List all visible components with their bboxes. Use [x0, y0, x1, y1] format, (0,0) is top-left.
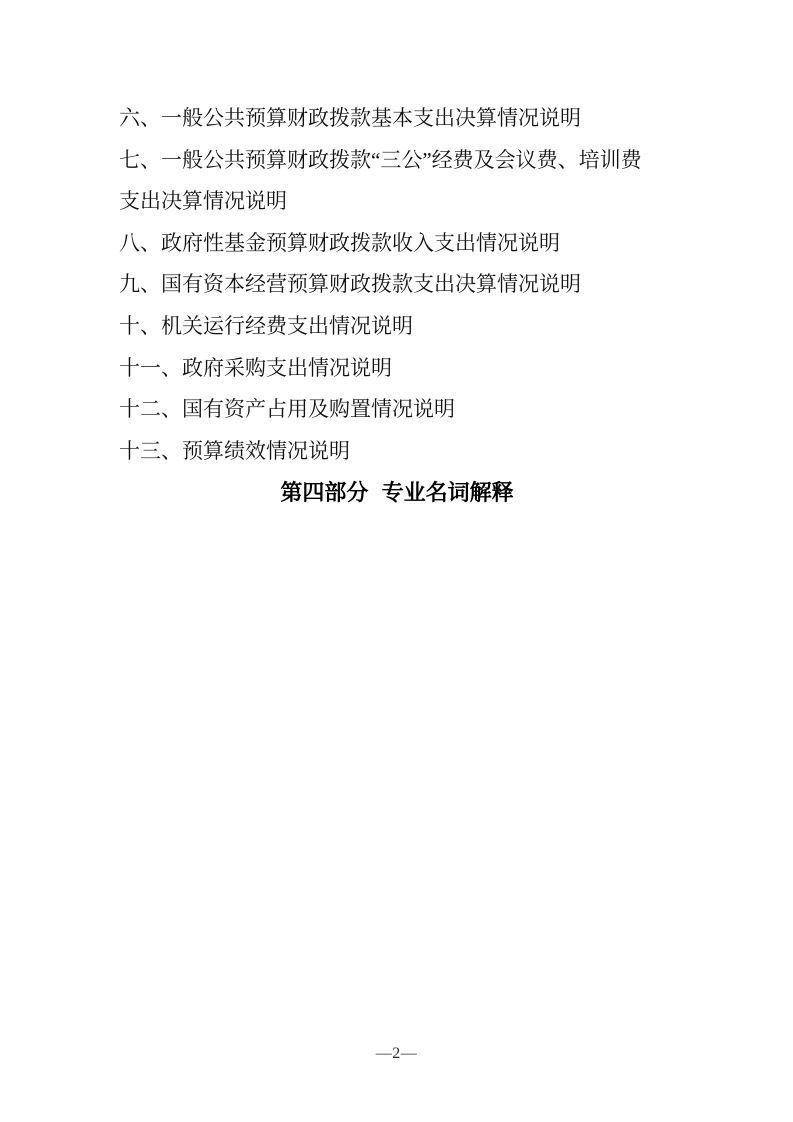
toc-item-13: 十三、预算绩效情况说明 [119, 431, 675, 473]
section-heading: 第四部分 专业名词解释 [119, 472, 675, 514]
toc-list: 六、一般公共预算财政拨款基本支出决算情况说明 七、一般公共预算财政拨款“三公”经… [119, 98, 675, 514]
toc-item-7-continuation: 支出决算情况说明 [119, 181, 675, 223]
toc-item-6: 六、一般公共预算财政拨款基本支出决算情况说明 [119, 98, 675, 140]
toc-item-10: 十、机关运行经费支出情况说明 [119, 306, 675, 348]
page-number: —2— [0, 1044, 793, 1064]
toc-item-12: 十二、国有资产占用及购置情况说明 [119, 389, 675, 431]
document-page: 六、一般公共预算财政拨款基本支出决算情况说明 七、一般公共预算财政拨款“三公”经… [0, 0, 793, 1122]
toc-item-8: 八、政府性基金预算财政拨款收入支出情况说明 [119, 223, 675, 265]
toc-item-11: 十一、政府采购支出情况说明 [119, 348, 675, 390]
toc-item-7: 七、一般公共预算财政拨款“三公”经费及会议费、培训费 [119, 140, 675, 182]
toc-item-9: 九、国有资本经营预算财政拨款支出决算情况说明 [119, 264, 675, 306]
